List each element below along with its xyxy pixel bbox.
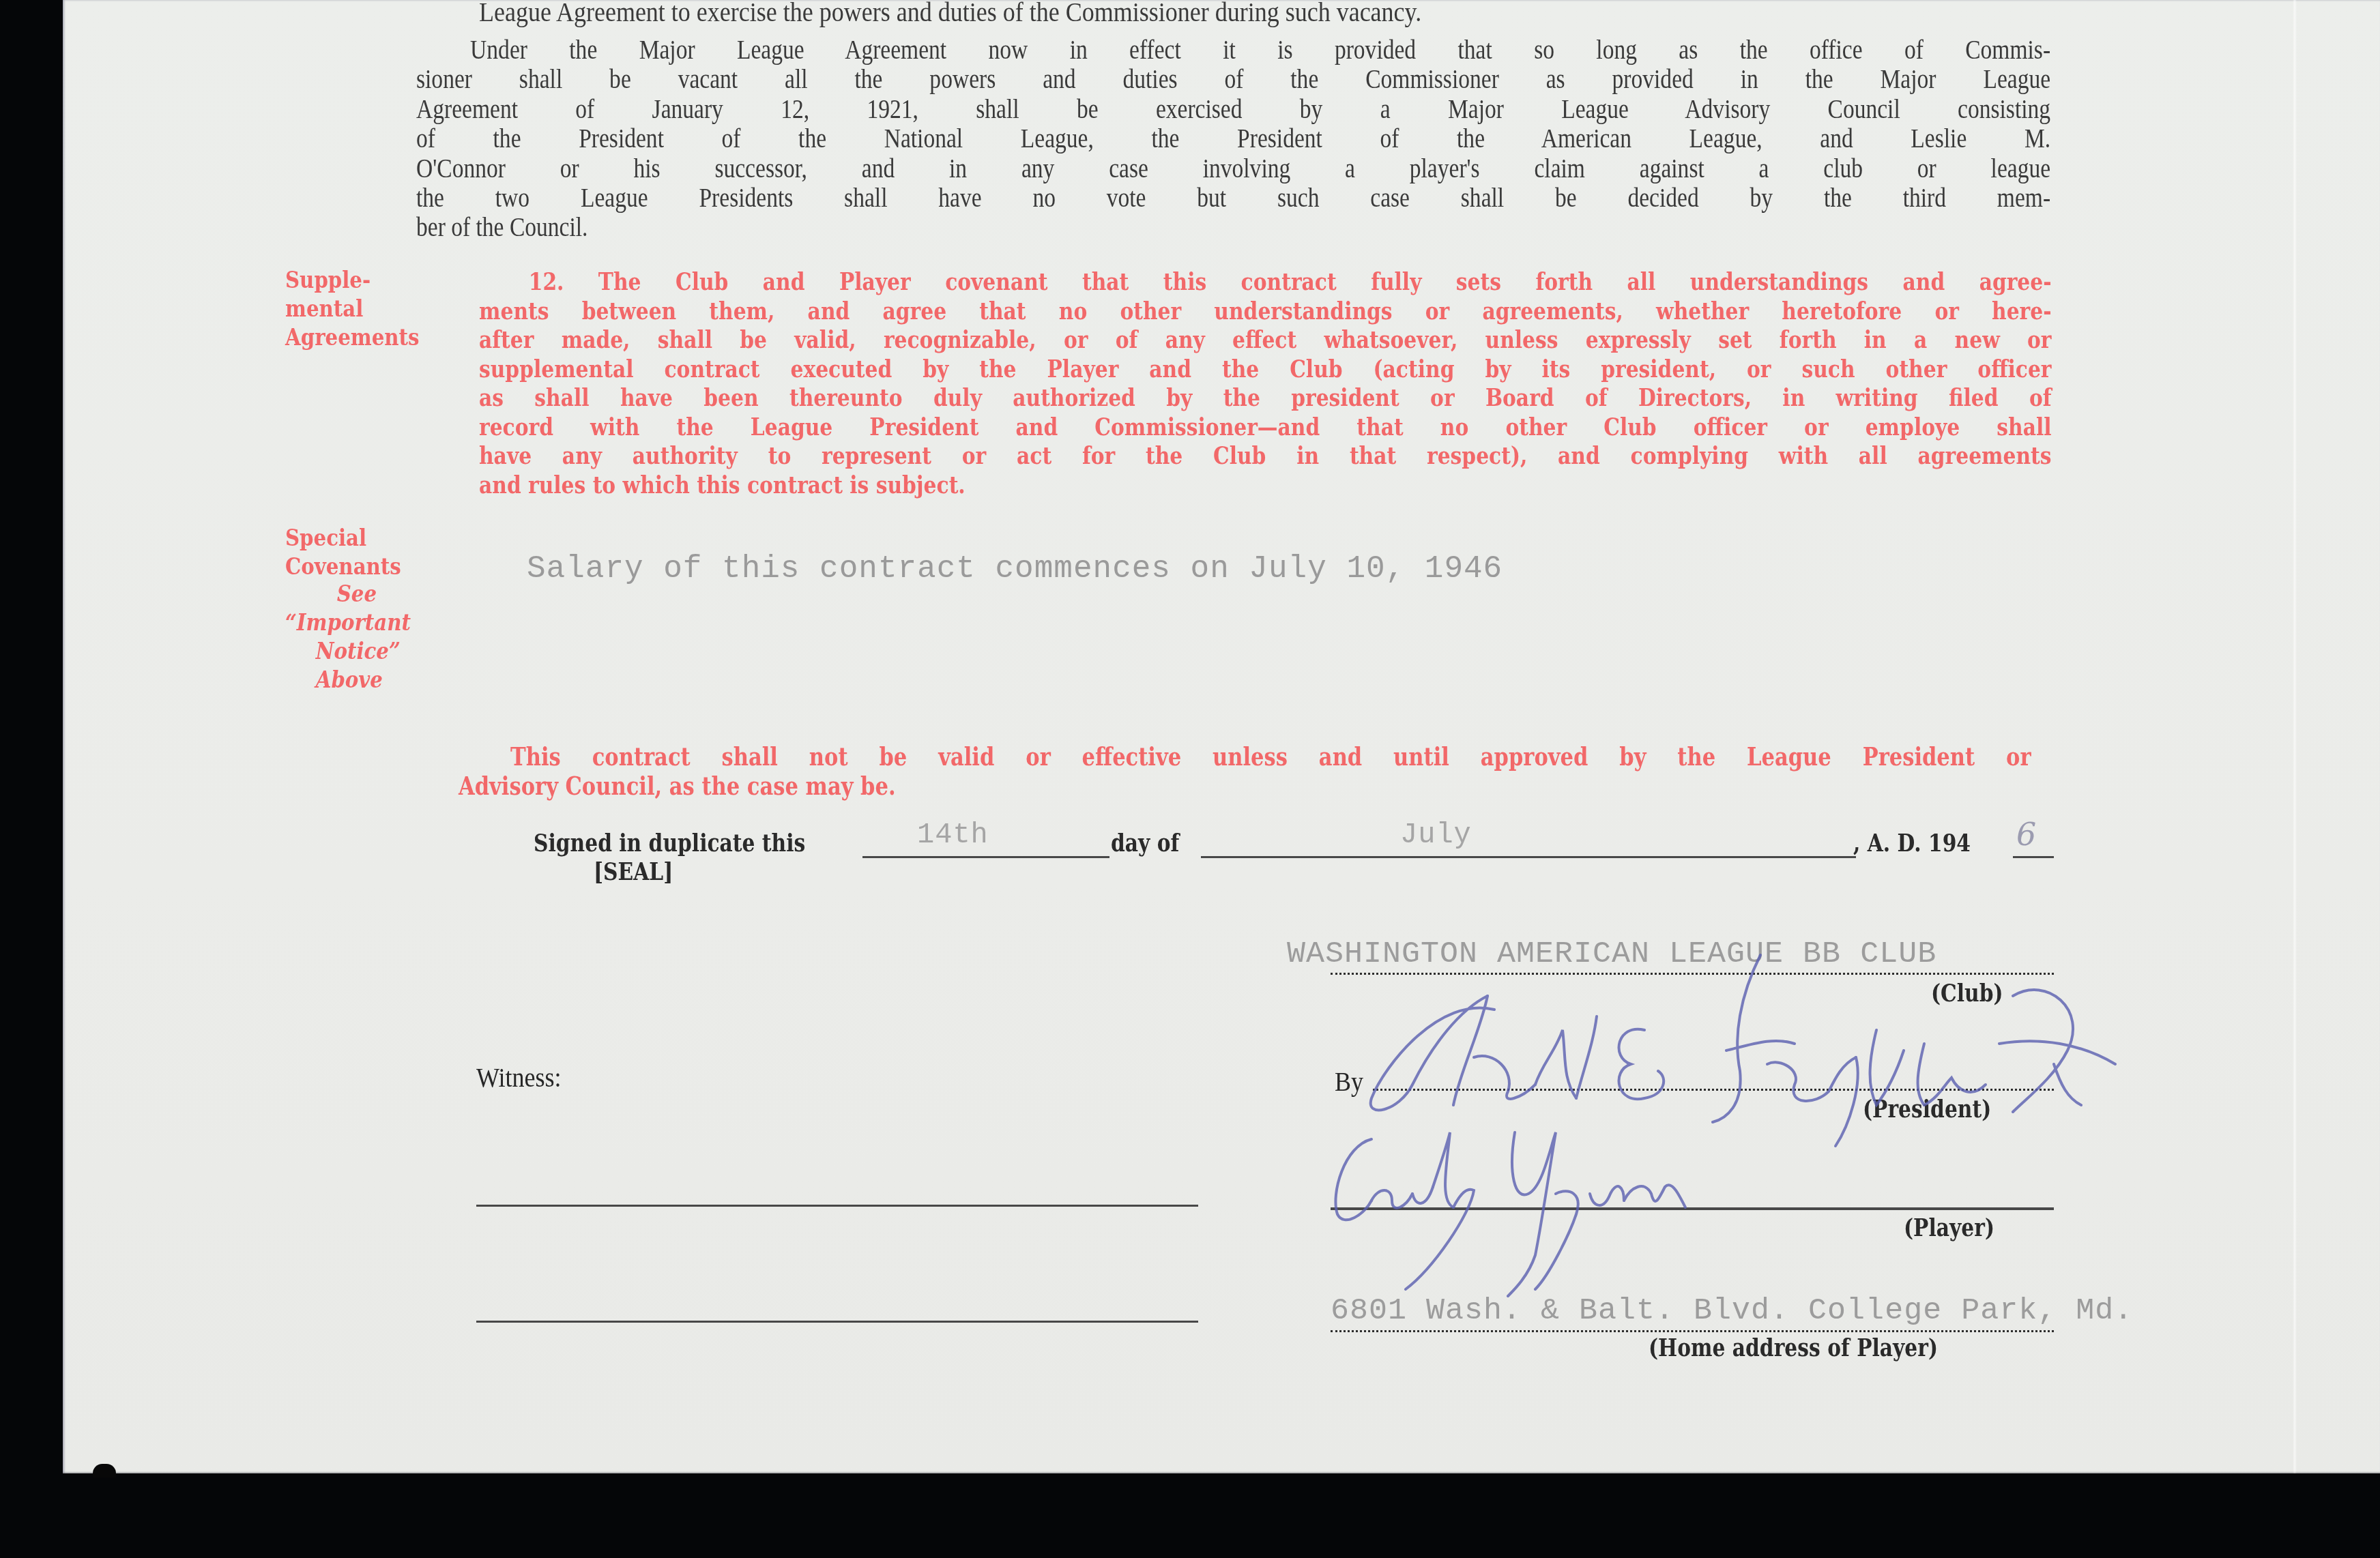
club-field[interactable]: WASHINGTON AMERICAN LEAGUE BB CLUB: [1287, 937, 1936, 971]
player-signature: Early Wynn: [1331, 1119, 1849, 1296]
player-caption: (Player): [1904, 1214, 1994, 1242]
signed-prefix: Signed in duplicate this: [534, 829, 805, 857]
address-caption: (Home address of Player): [1649, 1334, 1938, 1362]
label-line: Supple-: [285, 266, 420, 295]
paragraph-line: record with the League President and Com…: [479, 413, 2052, 442]
day-field-line: [862, 856, 1109, 858]
paragraph-line: Agreement of January 12, 1921, shall be …: [416, 95, 2050, 124]
paragraph-line: 12. The Club and Player covenant that th…: [479, 267, 2052, 297]
paragraph-line: O'Connor or his successor, and in any ca…: [416, 154, 2050, 183]
label-line: “Important: [285, 608, 411, 637]
year-prefix: , A. D. 194: [1853, 829, 1971, 857]
day-field[interactable]: 14th: [917, 819, 989, 851]
supplemental-agreements-label: Supple- mental Agreements: [285, 266, 420, 352]
paragraph-line: of the President of the National League,…: [416, 124, 2050, 153]
mount-clip: [93, 1464, 116, 1478]
year-field-line: [2013, 856, 2054, 858]
notice-line: This contract shall not be valid or effe…: [459, 742, 2031, 771]
validity-notice: This contract shall not be valid or effe…: [459, 742, 2031, 800]
paragraph-line: Under the Major League Agreement now in …: [416, 35, 2050, 65]
witness-label: Witness:: [476, 1061, 562, 1093]
seal-label: [SEAL]: [594, 858, 673, 886]
paragraph-line: the two League Presidents shall have no …: [416, 183, 2050, 213]
paragraph-line: supplemental contract executed by the Pl…: [479, 355, 2052, 384]
paragraph-line: sioner shall be vacant all the powers an…: [416, 65, 2050, 94]
label-line: See: [285, 580, 411, 608]
player-address-field[interactable]: 6801 Wash. & Balt. Blvd. College Park, M…: [1331, 1293, 2133, 1328]
witness-line-1[interactable]: [476, 1205, 1198, 1207]
label-line: Special: [285, 524, 411, 553]
president-signature: Clark C. Griffith: [1358, 969, 2245, 1132]
commissioner-paragraph: Under the Major League Agreement now in …: [416, 35, 2050, 243]
label-line: Above: [285, 666, 411, 694]
paragraph-line: and rules to which this contract is subj…: [479, 471, 2052, 500]
label-line: Notice”: [285, 637, 411, 666]
label-line: mental: [285, 295, 420, 323]
month-field-line: [1201, 856, 1856, 858]
paragraph-line: ments between them, and agree that no ot…: [479, 297, 2052, 326]
year-field[interactable]: 6: [2016, 816, 2036, 853]
special-covenant-typed-text: Salary of this contract commences on Jul…: [527, 551, 1503, 587]
label-line: Agreements: [285, 323, 420, 352]
supplemental-agreements-paragraph: 12. The Club and Player covenant that th…: [479, 267, 2052, 499]
notice-line: Advisory Council, as the case may be.: [459, 771, 2031, 801]
paragraph-line: have any authority to represent or act f…: [479, 441, 2052, 471]
witness-line-2[interactable]: [476, 1321, 1198, 1323]
paper-crease: [2293, 0, 2297, 1473]
label-line: Covenants: [285, 553, 411, 581]
commissioner-paragraph-tail: League Agreement to exercise the powers …: [479, 0, 1421, 28]
paragraph-line: ber of the Council.: [416, 213, 2050, 242]
paragraph-line: as shall have been thereunto duly author…: [479, 383, 2052, 413]
player-address-line: [1331, 1330, 2054, 1332]
month-field[interactable]: July: [1400, 819, 1472, 851]
day-of-label: day of: [1111, 829, 1179, 857]
paragraph-line: after made, shall be valid, recognizable…: [479, 325, 2052, 355]
special-covenants-label: Special Covenants See “Important Notice”…: [285, 524, 411, 694]
